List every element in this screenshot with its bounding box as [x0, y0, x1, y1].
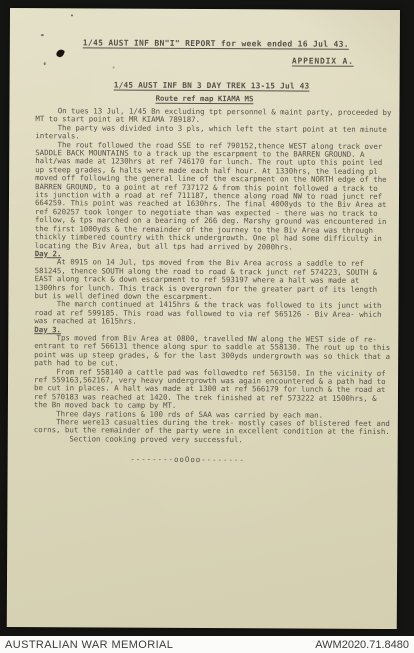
body-paragraph: At 0915 on 14 Jul, tps moved from the Bi…	[34, 258, 392, 302]
institution-label: AUSTRALIAN WAR MEMORIAL	[5, 639, 173, 651]
document-header: 1/45 AUST INF BN"I" REPORT for week ende…	[10, 8, 400, 104]
route-ref-line: Route ref map KIAMA MS	[10, 93, 400, 104]
document-body: On tues 13 Jul, 1/45 Bn excluding tpt pe…	[34, 107, 394, 445]
paper-speck	[41, 34, 44, 36]
section-divider: --------ooOoo--------	[8, 454, 368, 465]
accession-number: AWM2020.71.8480	[315, 639, 409, 651]
body-paragraph: Tps moved from Biv Area at 0800, travell…	[34, 334, 392, 369]
appendix-label-text: APPENDIX A.	[292, 56, 354, 65]
trek-title: 1/45 AUST INF BN 3 DAY TREK 13-15 Jul 43	[24, 80, 400, 91]
appendix-label: APPENDIX A.	[10, 55, 400, 66]
body-paragraph: The march continued at 1415hrs & the tra…	[34, 300, 392, 327]
body-paragraph: From ref 558140 a cattle pad was followe…	[34, 368, 392, 412]
paper-speck	[44, 62, 46, 65]
report-title: 1/45 AUST INF BN"I" REPORT for week ende…	[32, 38, 400, 49]
archive-footer: AUSTRALIAN WAR MEMORIAL AWM2020.71.8480	[0, 636, 414, 653]
body-paragraph: The rout followed the road SSE to ref 79…	[35, 141, 394, 252]
document-page: 1/45 AUST INF BN"I" REPORT for week ende…	[7, 8, 400, 629]
paper-speck	[113, 67, 115, 69]
paper-speck	[71, 14, 73, 16]
archival-scan-view: 1/45 AUST INF BN"I" REPORT for week ende…	[0, 0, 414, 653]
